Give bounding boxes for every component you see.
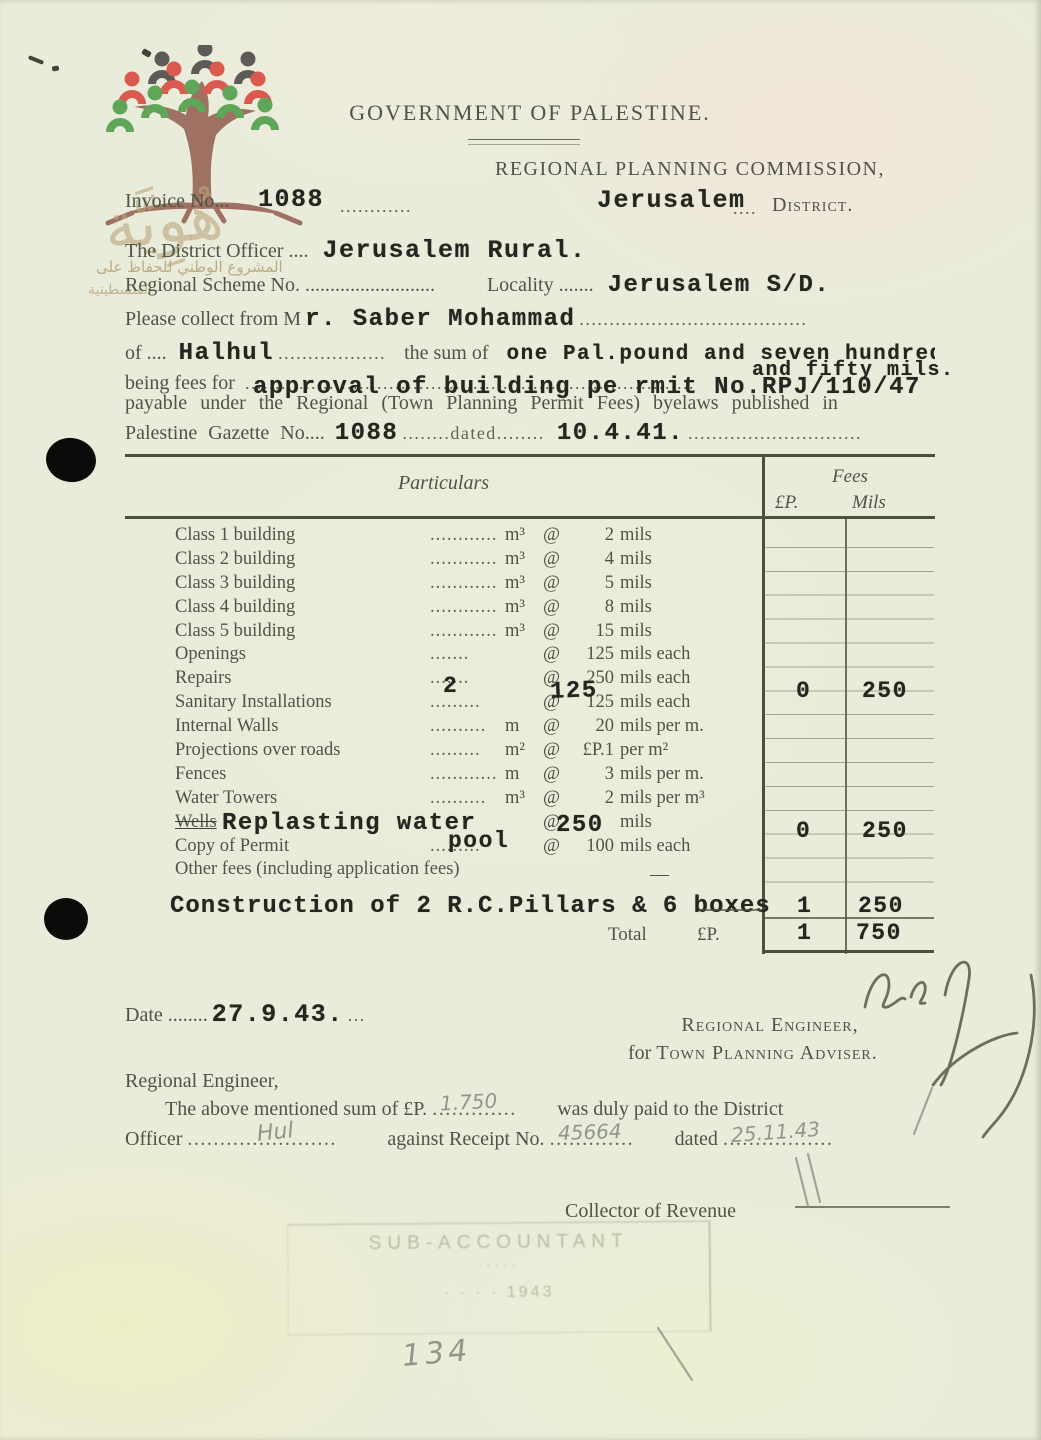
- paid-amount-field: ............. 1.750: [432, 1098, 552, 1121]
- town-planning-adviser-title: Town Planning Adviser.: [656, 1042, 877, 1064]
- typed-rate-250: 250: [556, 812, 604, 839]
- paid-amount-handwritten: 1.750: [440, 1089, 498, 1116]
- sum-label: the sum of: [404, 342, 488, 364]
- table-row-class3: Class 3 building............m³@5mils: [125, 572, 770, 596]
- typed-rate-125: 125: [550, 677, 599, 706]
- table-header-border: [125, 516, 935, 519]
- total-pounds-value: 1: [797, 920, 812, 946]
- paper-speck: [28, 55, 44, 65]
- typed-construction-item: Construction of 2 R.C.Pillars & 6 boxes: [170, 893, 771, 920]
- typed-quantity: 2: [443, 673, 458, 699]
- table-top-border: [125, 454, 935, 457]
- typed-pool: pool: [448, 828, 509, 854]
- other-fees-dash: —: [650, 864, 669, 886]
- locality-label: Locality .......: [487, 274, 594, 296]
- table-row-class1: Class 1 building............m³@2mils: [125, 524, 770, 548]
- date-value: 27.9.43.: [212, 1000, 344, 1029]
- district-officer-label: The District Officer ....: [125, 240, 308, 262]
- subtitle: REGIONAL PLANNING COMMISSION,: [470, 158, 910, 181]
- gazette-number: 1088: [335, 420, 399, 447]
- total-label: Total: [608, 924, 647, 946]
- fee-construction-pounds: 1: [797, 893, 812, 919]
- table-row-projections: Projections over roads.........m²@£P.1pe…: [125, 739, 770, 763]
- receipt-label: against Receipt No.: [387, 1128, 544, 1150]
- table-row-water-towers: Water Towers..........m³@2mils per m³: [125, 787, 770, 811]
- total-currency-label: £P.: [697, 924, 720, 946]
- regional-engineer-salutation: Regional Engineer,: [125, 1070, 279, 1093]
- pencil-marks: [600, 1080, 1041, 1400]
- table-row-class4: Class 4 building............m³@8mils: [125, 596, 770, 620]
- table-row-class2: Class 2 building............m³@4mils: [125, 548, 770, 572]
- collect-from-label: Please collect from M: [125, 308, 301, 330]
- table-row-other-fees: Other fees (including application fees): [125, 858, 770, 882]
- invoice-number-label: Invoice No...: [125, 190, 229, 213]
- construction-underline: [764, 917, 934, 919]
- for-label: for: [628, 1042, 651, 1064]
- regional-engineer-title: Regional Engineer,: [655, 1014, 885, 1037]
- district-label: District.: [772, 194, 853, 217]
- locality-value: Jerusalem S/D.: [608, 272, 831, 299]
- officer-label: Officer: [125, 1128, 182, 1150]
- district-value: Jerusalem: [597, 186, 746, 215]
- of-value: Halhul: [179, 340, 274, 367]
- fee-replasting-pounds: 0: [796, 818, 811, 844]
- of-label: of ....: [125, 342, 167, 364]
- gazette-label: Palestine Gazette No....: [125, 422, 325, 444]
- fee-construction-mils: 250: [858, 893, 904, 919]
- collect-from-value: r. Saber Mohammad: [305, 306, 575, 333]
- paid-sum-label: The above mentioned sum of £P.: [165, 1098, 427, 1120]
- officer-field: ....................... Hul: [187, 1128, 382, 1151]
- column-header-mils: Mils: [852, 492, 886, 514]
- fee-repairs-pounds: 0: [796, 678, 811, 704]
- invoice-number-value: 1088: [258, 185, 324, 214]
- ink-blot: [43, 435, 99, 486]
- table-row-class5: Class 5 building............m³@15mils: [125, 620, 770, 644]
- column-header-pounds: £P.: [775, 492, 798, 514]
- district-dots: ....: [733, 198, 757, 219]
- officer-handwritten: Hul: [256, 1118, 295, 1147]
- fees-ruled-lines: [764, 524, 934, 884]
- collect-from-dots: ......................................: [579, 309, 807, 329]
- date-label: Date ........: [125, 1004, 208, 1026]
- column-header-fees: Fees: [775, 466, 925, 488]
- paper-speck: [52, 65, 60, 71]
- table-row-openings: Openings.......@125mils each: [125, 643, 770, 667]
- table-row-internal-walls: Internal Walls..........m@20mils per m.: [125, 715, 770, 739]
- fee-repairs-mils: 250: [862, 678, 908, 704]
- payable-under-label: payable under the Regional (Town Plannin…: [125, 392, 838, 415]
- ink-blot: [44, 898, 88, 940]
- column-header-particulars: Particulars: [125, 472, 762, 495]
- fee-replasting-mils: 250: [862, 818, 908, 844]
- document-page: هُوِيَّة المشروع الوطني للحفاظ على الفلس…: [0, 0, 1041, 1440]
- date-trailing-dots: ...: [348, 1005, 366, 1025]
- page-number-handwritten: 134: [401, 1333, 473, 1374]
- construction-leader-line: [700, 909, 762, 911]
- gazette-mid-dots: ........dated........: [402, 423, 544, 443]
- of-dots: ..................: [278, 343, 386, 363]
- typed-replasting: Replasting water: [222, 810, 476, 837]
- page-title: GOVERNMENT OF PALESTINE.: [340, 100, 720, 126]
- district-officer-value: Jerusalem Rural.: [322, 236, 586, 265]
- table-row-fences: Fences............m@3mils per m.: [125, 763, 770, 787]
- invoice-dots: ............: [340, 196, 412, 217]
- regional-scheme-label: Regional Scheme No. ....................…: [125, 274, 435, 296]
- being-fees-label: being fees for: [125, 372, 235, 394]
- gazette-end-dots: .............................: [688, 423, 862, 443]
- title-underline: [468, 139, 580, 145]
- gazette-date: 10.4.41.: [557, 420, 684, 447]
